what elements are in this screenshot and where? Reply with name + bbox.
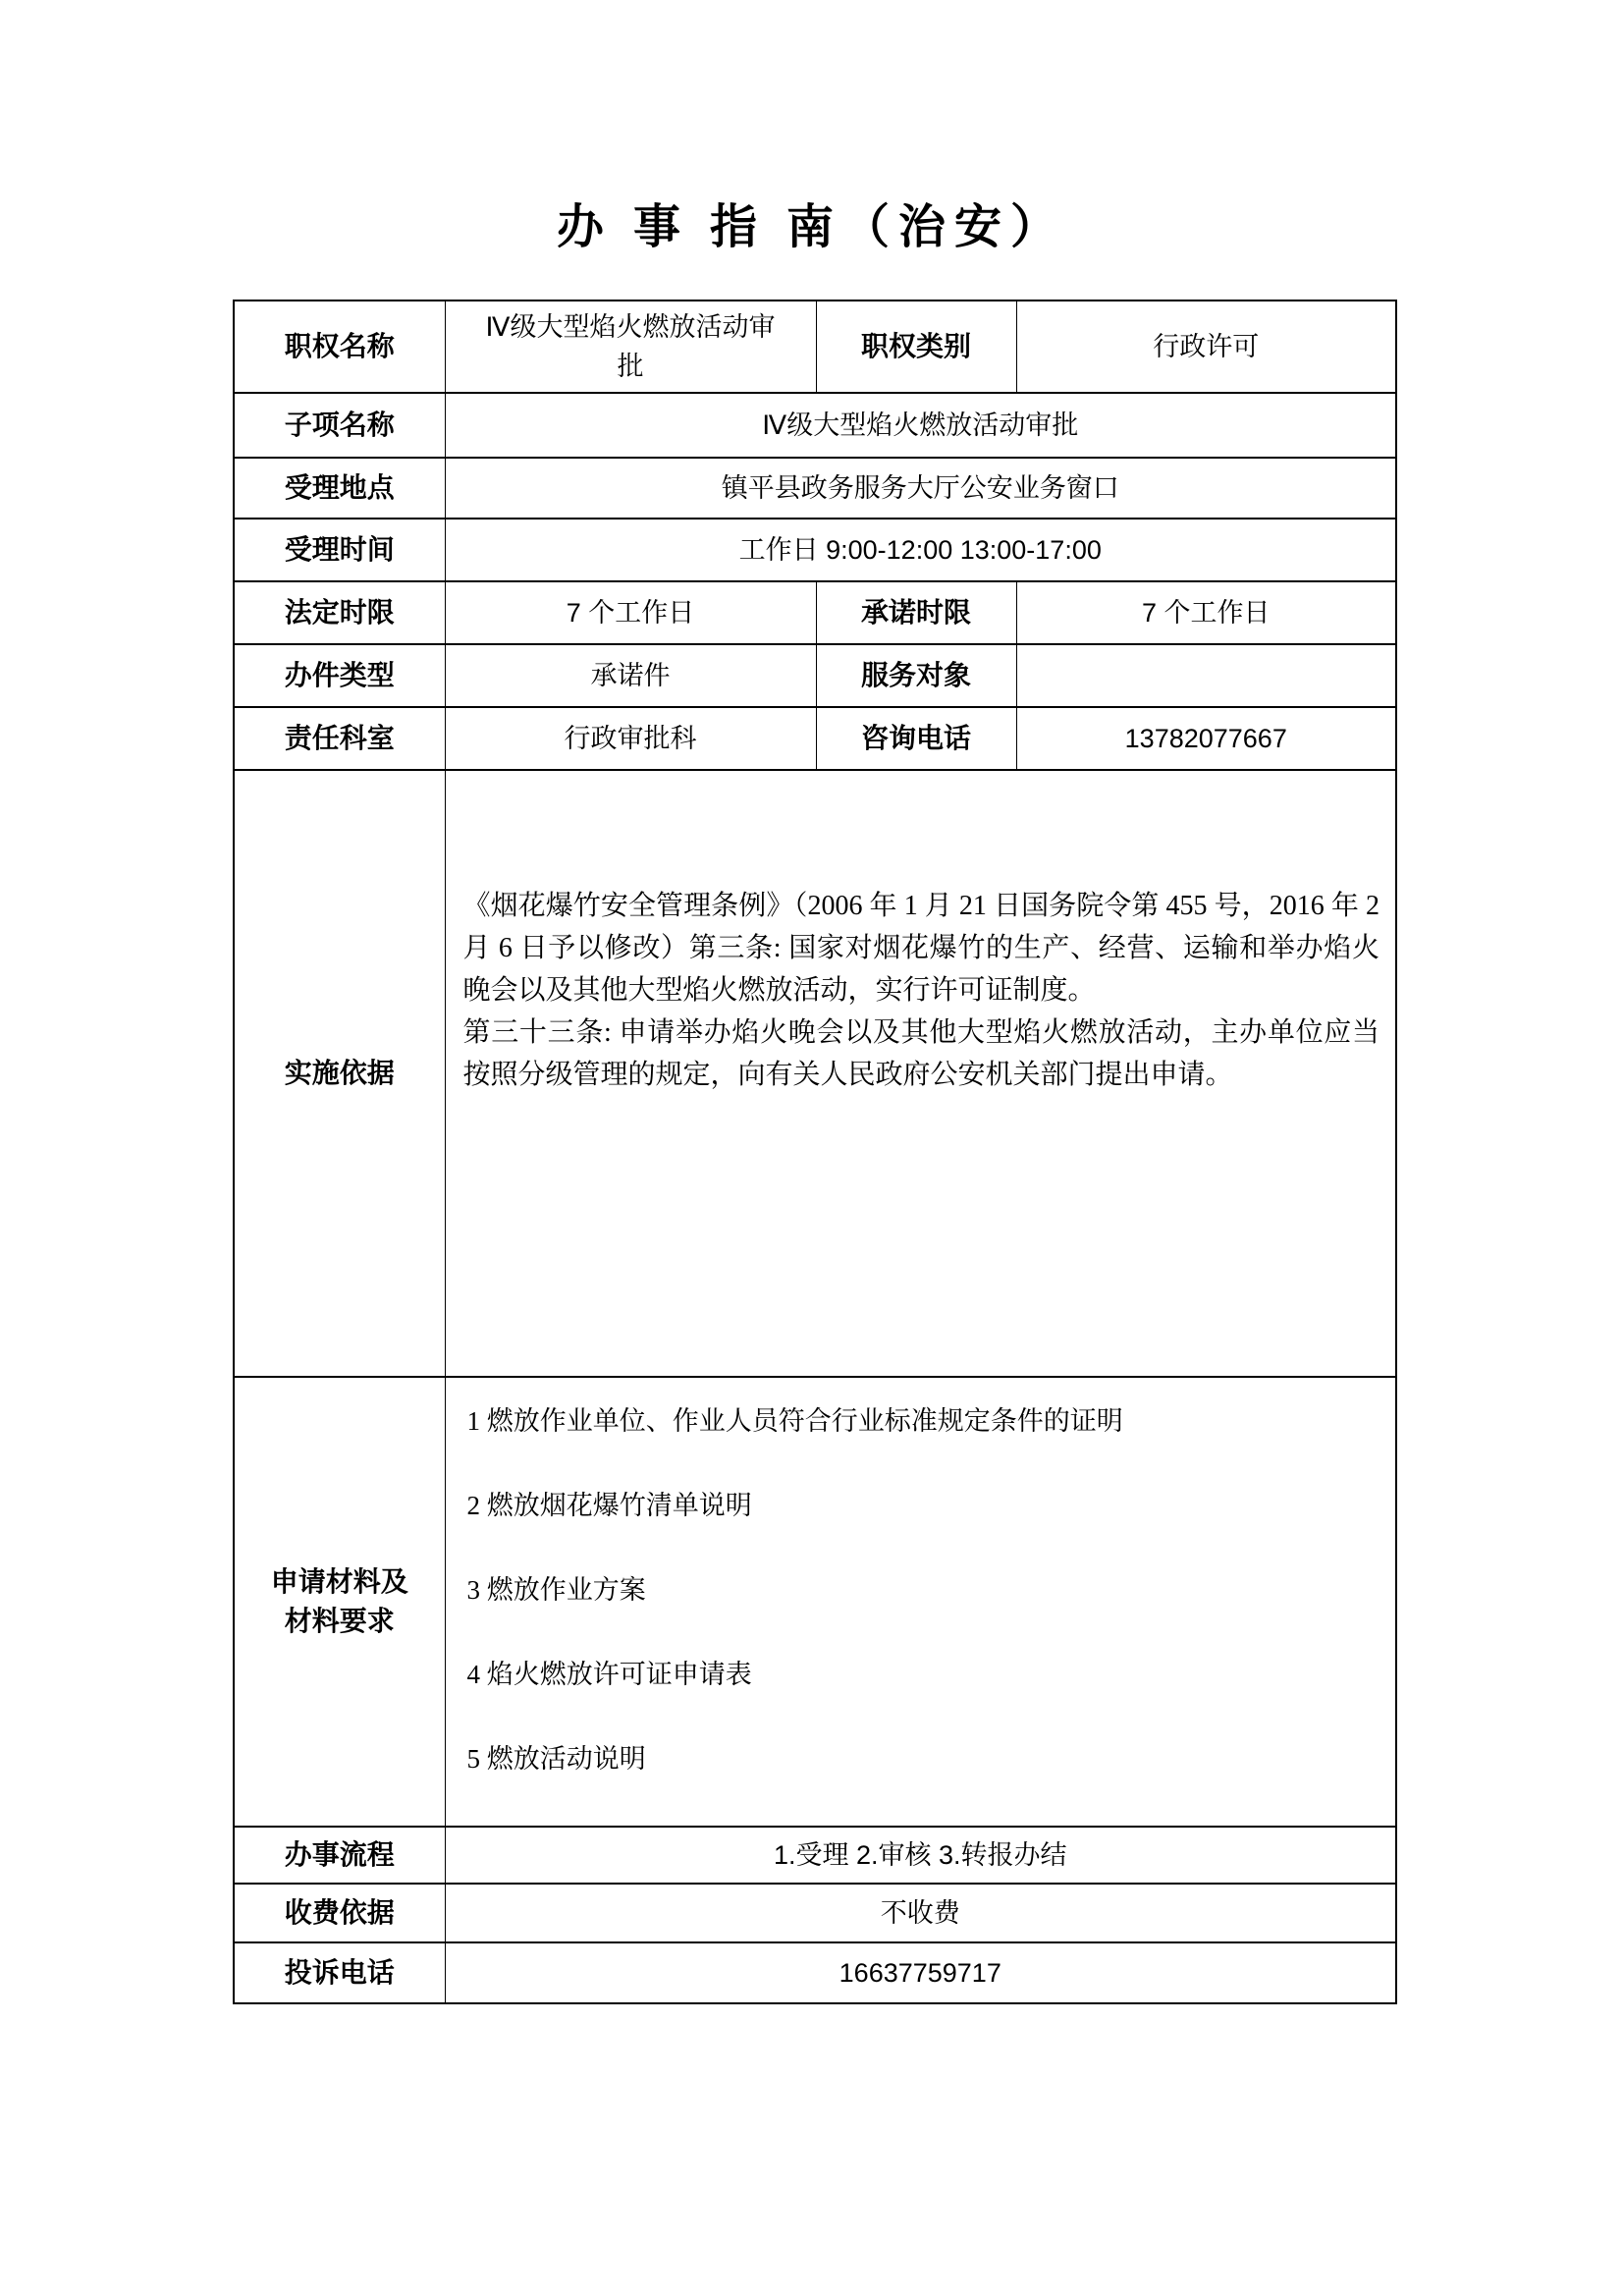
row-accept-time: 受理时间 工作日 9:00-12:00 13:00-17:00 — [234, 519, 1396, 581]
implementation-basis-label: 实施依据 — [234, 770, 445, 1377]
row-case-type: 办件类型 承诺件 服务对象 — [234, 644, 1396, 707]
accept-location-value: 镇平县政务服务大厅公安业务窗口 — [445, 458, 1396, 519]
responsible-dept-label: 责任科室 — [234, 707, 445, 770]
process-label: 办事流程 — [234, 1827, 445, 1884]
accept-time-label: 受理时间 — [234, 519, 445, 581]
complaint-phone-value: 16637759717 — [445, 1942, 1396, 2003]
case-type-label: 办件类型 — [234, 644, 445, 707]
authority-type-value: 行政许可 — [1016, 301, 1396, 393]
consult-phone-value: 13782077667 — [1016, 707, 1396, 770]
row-responsible-dept: 责任科室 行政审批科 咨询电话 13782077667 — [234, 707, 1396, 770]
legal-limit-value: 7 个工作日 — [445, 581, 816, 644]
complaint-phone-label: 投诉电话 — [234, 1942, 445, 2003]
fee-basis-label: 收费依据 — [234, 1884, 445, 1942]
promise-limit-value: 7 个工作日 — [1016, 581, 1396, 644]
row-time-limits: 法定时限 7 个工作日 承诺时限 7 个工作日 — [234, 581, 1396, 644]
sub-item-label: 子项名称 — [234, 393, 445, 458]
material-item: 1 燃放作业单位、作业人员符合行业标准规定条件的证明 — [467, 1403, 1384, 1440]
row-sub-item: 子项名称 Ⅳ级大型焰火燃放活动审批 — [234, 393, 1396, 458]
page-title: 办 事 指 南（治安） — [0, 189, 1623, 256]
row-complaint-phone: 投诉电话 16637759717 — [234, 1942, 1396, 2003]
materials-list: 1 燃放作业单位、作业人员符合行业标准规定条件的证明 2 燃放烟花爆竹清单说明 … — [445, 1377, 1396, 1827]
case-type-value: 承诺件 — [445, 644, 816, 707]
accept-time-value: 工作日 9:00-12:00 13:00-17:00 — [445, 519, 1396, 581]
fee-basis-value: 不收费 — [445, 1884, 1396, 1942]
responsible-dept-value: 行政审批科 — [445, 707, 816, 770]
implementation-basis-text: 《烟花爆竹安全管理条例》（2006 年 1 月 21 日国务院令第 455 号，… — [445, 770, 1396, 1377]
service-guide-table: 职权名称 Ⅳ级大型焰火燃放活动审批 职权类别 行政许可 子项名称 Ⅳ级大型焰火燃… — [233, 300, 1397, 2004]
material-item: 2 燃放烟花爆竹清单说明 — [467, 1488, 1384, 1524]
accept-location-label: 受理地点 — [234, 458, 445, 519]
material-item: 3 燃放作业方案 — [467, 1572, 1384, 1609]
service-target-label: 服务对象 — [816, 644, 1016, 707]
basis-paragraph: 第三十三条: 申请举办焰火晚会以及其他大型焰火燃放活动，主办单位应当按照分级管理… — [463, 1011, 1380, 1096]
row-materials: 申请材料及 材料要求 1 燃放作业单位、作业人员符合行业标准规定条件的证明 2 … — [234, 1377, 1396, 1827]
row-fee-basis: 收费依据 不收费 — [234, 1884, 1396, 1942]
row-process: 办事流程 1.受理 2.审核 3.转报办结 — [234, 1827, 1396, 1884]
authority-name-value: Ⅳ级大型焰火燃放活动审批 — [445, 301, 816, 393]
authority-type-label: 职权类别 — [816, 301, 1016, 393]
row-accept-location: 受理地点 镇平县政务服务大厅公安业务窗口 — [234, 458, 1396, 519]
process-value: 1.受理 2.审核 3.转报办结 — [445, 1827, 1396, 1884]
material-item: 4 焰火燃放许可证申请表 — [467, 1657, 1384, 1693]
materials-label: 申请材料及 材料要求 — [234, 1377, 445, 1827]
basis-paragraph: 《烟花爆竹安全管理条例》（2006 年 1 月 21 日国务院令第 455 号，… — [463, 885, 1380, 1011]
promise-limit-label: 承诺时限 — [816, 581, 1016, 644]
sub-item-value: Ⅳ级大型焰火燃放活动审批 — [445, 393, 1396, 458]
authority-name-label: 职权名称 — [234, 301, 445, 393]
row-implementation-basis: 实施依据 《烟花爆竹安全管理条例》（2006 年 1 月 21 日国务院令第 4… — [234, 770, 1396, 1377]
row-authority-name: 职权名称 Ⅳ级大型焰火燃放活动审批 职权类别 行政许可 — [234, 301, 1396, 393]
service-target-value — [1016, 644, 1396, 707]
material-item: 5 燃放活动说明 — [467, 1741, 1384, 1777]
document-page: 办 事 指 南（治安） 职权名称 Ⅳ级大型焰火燃放活动审批 职权类别 行政许可 … — [0, 0, 1623, 2296]
consult-phone-label: 咨询电话 — [816, 707, 1016, 770]
legal-limit-label: 法定时限 — [234, 581, 445, 644]
